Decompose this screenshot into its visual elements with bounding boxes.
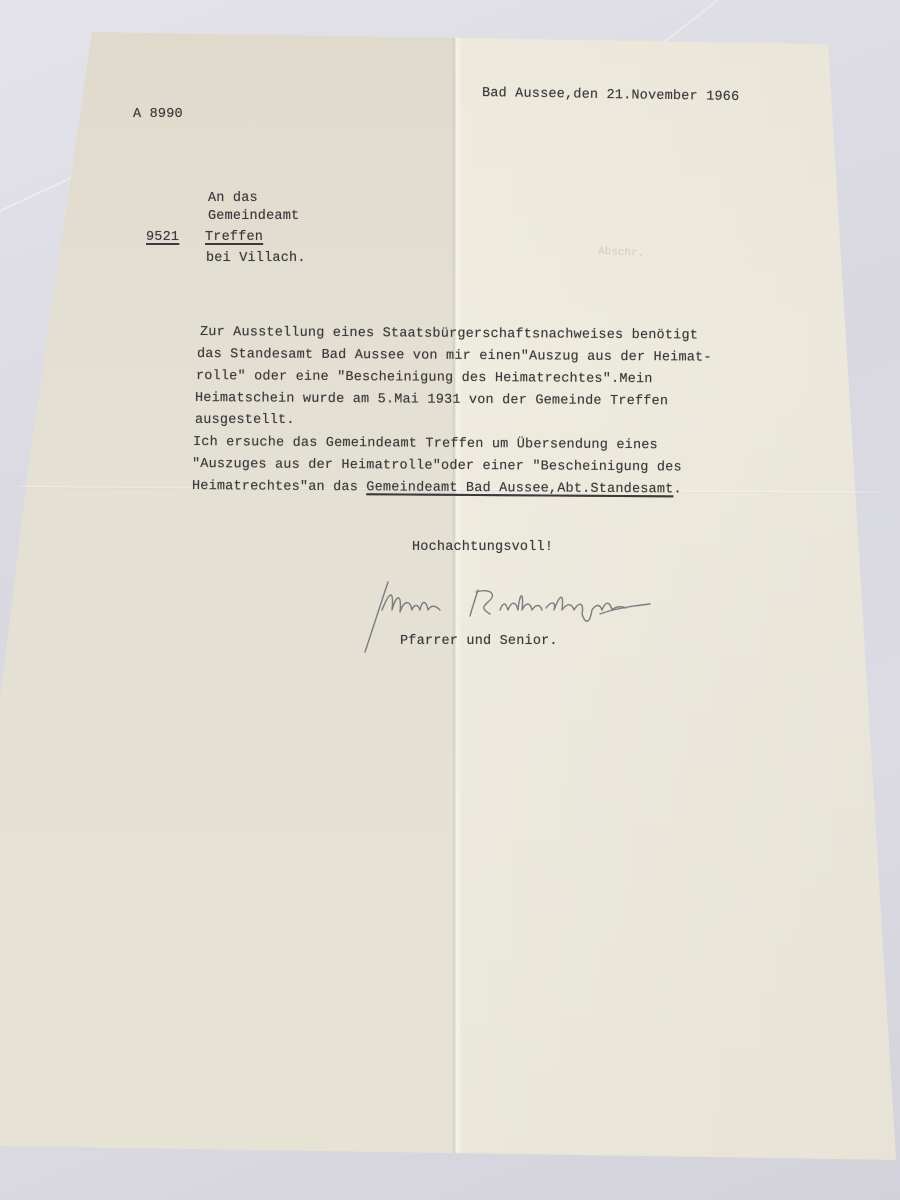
closing-salutation: Hochachtungsvoll!: [412, 540, 553, 555]
underlined-destination: Gemeindeamt Bad Aussee,Abt.Standesamt: [366, 480, 673, 497]
body-last-line-prefix: Heimatrechtes"an das: [192, 479, 366, 495]
body-last-line-suffix: .: [673, 482, 681, 497]
reference-number: A 8990: [133, 107, 183, 122]
recipient-town: Treffen: [205, 230, 263, 245]
recipient-line-1: An das: [208, 191, 258, 206]
body-line: ausgestellt.: [195, 413, 295, 428]
signer-title: Pfarrer und Senior.: [400, 634, 558, 649]
recipient-line-4: bei Villach.: [206, 251, 306, 266]
recipient-line-2: Gemeindeamt: [208, 209, 299, 224]
faint-stamp: Abschr.: [598, 246, 645, 260]
body-line: rolle" oder eine "Bescheinigung des Heim…: [196, 369, 653, 387]
recipient-postal-code: 9521: [146, 230, 179, 245]
